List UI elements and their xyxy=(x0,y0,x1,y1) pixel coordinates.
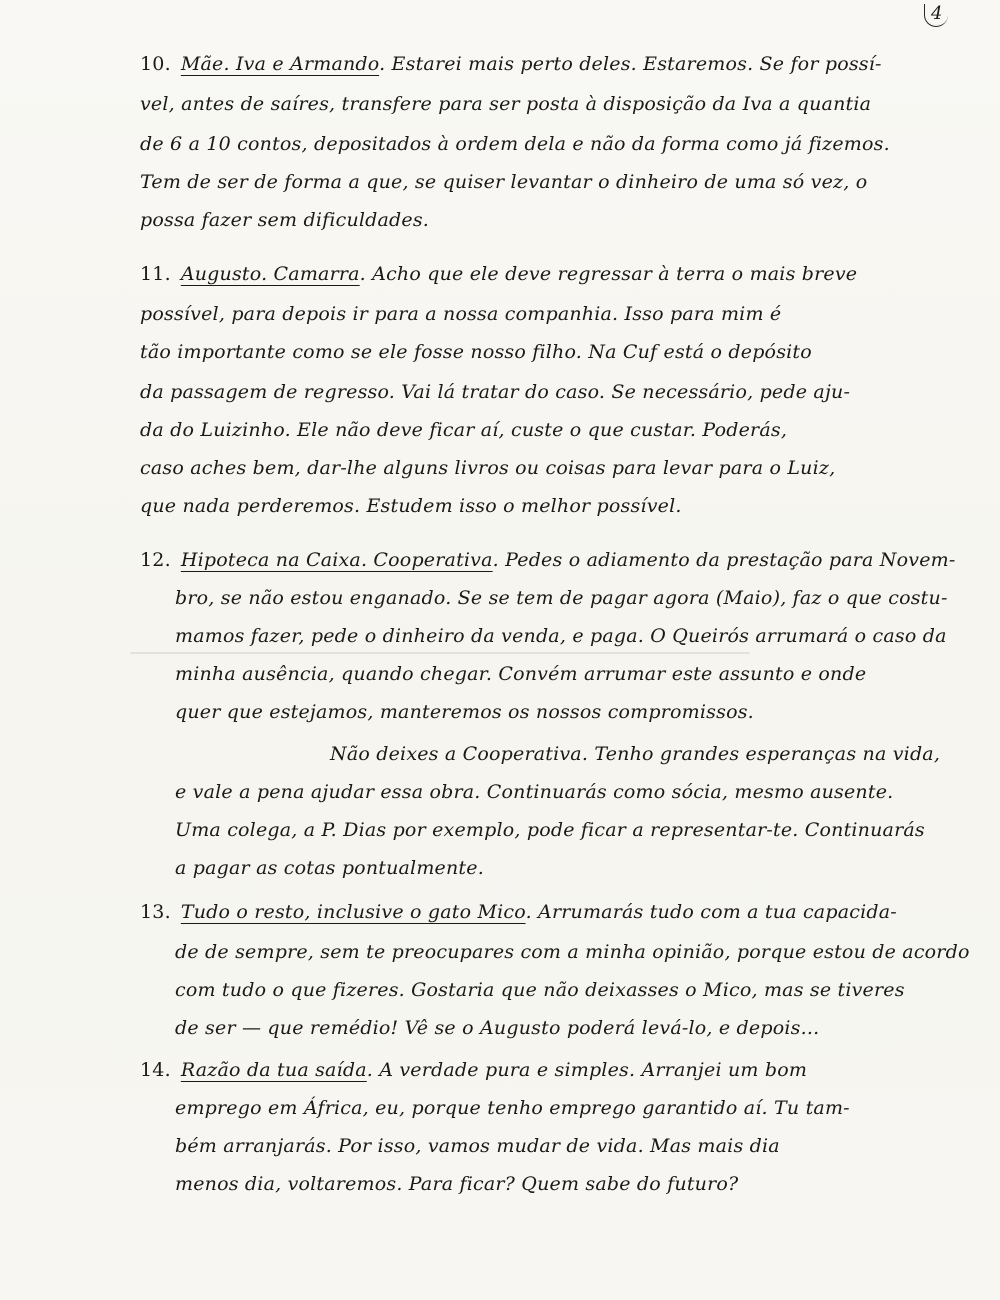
item-text: . Arrumarás tudo com a tua capacida- xyxy=(526,901,897,923)
item-text: . Acho que ele deve regressar à terra o … xyxy=(360,263,858,285)
item-heading: Razão da tua saída xyxy=(181,1059,367,1081)
item-text: Tem de ser de forma a que, se quiser lev… xyxy=(140,170,867,194)
item-text: bro, se não estou enganado. Se se tem de… xyxy=(175,586,948,610)
item-text: . A verdade pura e simples. Arranjei um … xyxy=(367,1059,807,1081)
item-heading: Tudo o resto, inclusive o gato Mico xyxy=(181,901,526,923)
item-heading: Mãe. Iva e Armando xyxy=(181,53,379,75)
item-text: que nada perderemos. Estudem isso o melh… xyxy=(140,494,682,518)
item-text: possível, para depois ir para a nossa co… xyxy=(140,302,781,326)
item-text: minha ausência, quando chegar. Convém ar… xyxy=(175,662,866,686)
item-text: menos dia, voltaremos. Para ficar? Quem … xyxy=(175,1172,738,1196)
item-text: a pagar as cotas pontualmente. xyxy=(175,856,484,880)
item-text: mamos fazer, pede o dinheiro da venda, e… xyxy=(175,624,947,648)
item-text: Não deixes a Cooperativa. Tenho grandes … xyxy=(330,742,940,766)
page-number: 4 xyxy=(924,4,948,27)
item-text: . Pedes o adiamento da prestação para No… xyxy=(493,549,956,571)
item-text: quer que estejamos, manteremos os nossos… xyxy=(175,700,754,724)
item-text: caso aches bem, dar-lhe alguns livros ou… xyxy=(140,456,835,480)
item-14-line-1: 14.Razão da tua saída. A verdade pura e … xyxy=(140,1058,807,1082)
item-10-line-1: 10.Mãe. Iva e Armando. Estarei mais pert… xyxy=(140,52,882,76)
item-text: emprego em África, eu, porque tenho empr… xyxy=(175,1096,850,1120)
item-number: 10. xyxy=(140,53,171,75)
item-heading: Augusto. Camarra xyxy=(181,263,360,285)
item-text: tão importante como se ele fosse nosso f… xyxy=(140,340,812,364)
item-number: 11. xyxy=(140,263,171,285)
item-12-line-1: 12.Hipoteca na Caixa. Cooperativa. Pedes… xyxy=(140,548,955,572)
item-text: de de sempre, sem te preocupares com a m… xyxy=(175,940,970,964)
item-text: com tudo o que fizeres. Gostaria que não… xyxy=(175,978,905,1002)
item-text: e vale a pena ajudar essa obra. Continua… xyxy=(175,780,893,804)
paper-smudge xyxy=(130,652,750,654)
item-13-line-1: 13.Tudo o resto, inclusive o gato Mico. … xyxy=(140,900,897,924)
item-text: vel, antes de saíres, transfere para ser… xyxy=(140,92,871,116)
item-text: da passagem de regresso. Vai lá tratar d… xyxy=(140,380,850,404)
item-text: Uma colega, a P. Dias por exemplo, pode … xyxy=(175,818,925,842)
item-number: 12. xyxy=(140,549,171,571)
item-text: de ser — que remédio! Vê se o Augusto po… xyxy=(175,1016,819,1040)
item-heading: Hipoteca na Caixa. Cooperativa xyxy=(181,549,493,571)
item-text: de 6 a 10 contos, depositados à ordem de… xyxy=(140,132,890,156)
item-text: . Estarei mais perto deles. Estaremos. S… xyxy=(379,53,882,75)
item-11-line-1: 11.Augusto. Camarra. Acho que ele deve r… xyxy=(140,262,857,286)
item-text: possa fazer sem dificuldades. xyxy=(140,208,429,232)
item-text: bém arranjarás. Por isso, vamos mudar de… xyxy=(175,1134,780,1158)
item-number: 13. xyxy=(140,901,171,923)
item-text: da do Luizinho. Ele não deve ficar aí, c… xyxy=(140,418,787,442)
item-number: 14. xyxy=(140,1059,171,1081)
letter-page: 4 10.Mãe. Iva e Armando. Estarei mais pe… xyxy=(0,0,1000,1300)
